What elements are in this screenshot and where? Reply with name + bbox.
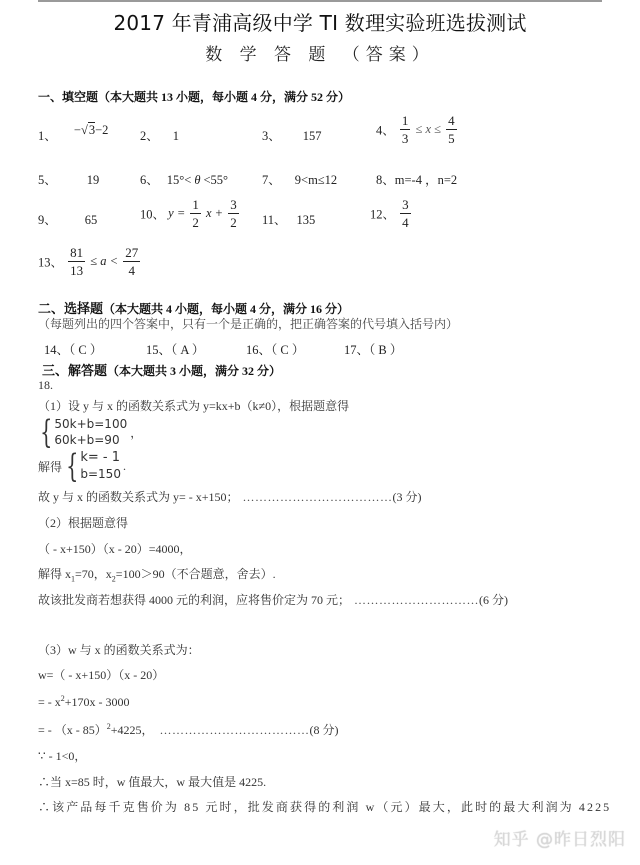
- answer-5: 5、19: [38, 170, 99, 188]
- punctuation: ，: [130, 424, 142, 441]
- answer-num: 12、: [370, 208, 395, 222]
- solution-line: b=150: [80, 466, 121, 482]
- system-lines: 50k+b=100 60k+b=90: [54, 416, 127, 448]
- section-3-heading: 三、解答题（本大题共 3 小题，满分 32 分）: [42, 360, 281, 379]
- answer-15: 15、（ A ）: [146, 340, 204, 358]
- conclusion-text: 故 y 与 x 的函数关系式为 y= - x+150；: [38, 490, 239, 504]
- answer-num: 5、: [38, 173, 57, 187]
- expr-text: +170x - 3000: [65, 695, 130, 709]
- denominator: 3: [402, 130, 409, 145]
- part-3-line-2: = - x2+170x - 3000: [38, 694, 130, 710]
- answer-value: 157: [303, 129, 322, 143]
- solution-line: k= - 1: [80, 450, 121, 466]
- leader-dots: ………………………………: [160, 723, 310, 737]
- top-rule: [38, 0, 602, 2]
- denominator: 4: [128, 262, 135, 277]
- radicand: 3: [88, 122, 95, 137]
- solution-text: =70，x: [75, 567, 112, 581]
- therefore-line-1: ∴当 x=85 时，w 值最大，w 最大值是 4225.: [38, 773, 266, 790]
- leader-dots: ………………………………: [243, 490, 393, 504]
- section-3-note: （本大题共 3 小题，满分 32 分）: [107, 364, 281, 378]
- answer-value: （ C ）: [69, 343, 102, 357]
- answer-num: 3、: [262, 129, 281, 143]
- left-brace-icon: {: [66, 450, 78, 482]
- answer-value: m=-4 ，n=2: [395, 173, 457, 187]
- answer-14: 14、（ C ）: [44, 340, 102, 358]
- answer-value: （ A ）: [171, 343, 204, 357]
- section-1-note: （本大题共 13 小题，每小题 4 分，满分 52 分）: [98, 90, 350, 104]
- watermark: 知乎 @昨日烈阳: [494, 825, 626, 850]
- inequality: ≤ a <: [90, 254, 118, 268]
- answer-num: 9、: [38, 213, 57, 227]
- denominator: 13: [70, 262, 83, 277]
- section-3-title: 三、解答题: [42, 364, 107, 379]
- answer-1: 1、 −√3−2: [38, 126, 108, 144]
- expr-text: = - x: [38, 695, 61, 709]
- leader-dots: …………………………: [354, 593, 479, 607]
- solve-label: 解得: [38, 458, 62, 475]
- fraction: 32: [228, 198, 239, 229]
- answer-right: <55°: [203, 173, 228, 187]
- denominator: 5: [448, 130, 455, 145]
- answer-num: 6、: [140, 173, 159, 187]
- score: (6 分): [479, 593, 508, 607]
- page-title: 2017 年青浦高级中学 TI 数理实验班选拔测试: [0, 7, 640, 36]
- part-3-intro: （3）w 与 x 的函数关系式为：: [38, 641, 200, 658]
- theta: θ: [194, 173, 200, 187]
- numerator: 1: [400, 114, 411, 130]
- answer-value: 135: [297, 213, 316, 227]
- answer-num: 2、: [140, 129, 159, 143]
- lhs: y =: [168, 206, 185, 220]
- equation-system: { 50k+b=100 60k+b=90 ，: [36, 416, 142, 448]
- denominator: 2: [192, 214, 199, 229]
- answer-value: （ B ）: [369, 343, 402, 357]
- answer-13: 13、 8113 ≤ a < 274: [38, 246, 142, 277]
- numerator: 27: [123, 246, 140, 262]
- answer-value: −√3−2: [74, 123, 109, 137]
- part-2-intro: （2）根据题意得: [38, 514, 128, 531]
- answer-7: 7、9<m≤12: [262, 170, 337, 188]
- fraction: 13: [400, 114, 411, 145]
- answer-num: 8、: [376, 173, 395, 187]
- part-3-line-3: = - （x - 85）2+4225，………………………………(8 分): [38, 721, 339, 738]
- fraction: 45: [446, 114, 457, 145]
- answer-6: 6、15°<θ<55°: [140, 170, 228, 188]
- part-2-solution: 解得 x1=70，x2=100＞90（不合题意，舍去）.: [38, 565, 276, 583]
- answer-9: 9、65: [38, 210, 97, 228]
- part-2-conclusion: 故该批发商若想获得 4000 元的利润，应将售价定为 70 元；………………………: [38, 591, 508, 608]
- answer-17: 17、（ B ）: [344, 340, 402, 358]
- answer-2: 2、1: [140, 126, 179, 144]
- answer-10: 10、 y = 12 x + 32: [140, 198, 241, 229]
- numerator: 3: [400, 198, 411, 214]
- sqrt-suffix: −2: [95, 123, 108, 137]
- fraction: 34: [400, 198, 411, 229]
- section-2-instruction: （每题列出的四个答案中，只有一个是正确的，把正确答案的代号填入括号内）: [38, 315, 458, 332]
- left-brace-icon: {: [40, 416, 52, 448]
- answer-16: 16、（ C ）: [246, 340, 304, 358]
- section-2-note: （本大题共 4 小题，每小题 4 分，满分 16 分）: [103, 302, 349, 316]
- equation-line: 60k+b=90: [54, 432, 127, 448]
- numerator: 81: [68, 246, 85, 262]
- therefore-line-2: ∴该产品每千克售价为 85 元时，批发商获得的利润 w（元）最大，此时的最大利润…: [38, 798, 611, 815]
- part-1-intro: （1）设 y 与 x 的函数关系式为 y=kx+b（k≠0），根据题意得: [38, 397, 349, 414]
- answer-value: （ C ）: [271, 343, 304, 357]
- answer-11: 11、135: [262, 210, 315, 228]
- sqrt-expression: √3: [81, 123, 95, 138]
- expr-text: = - （x - 85）: [38, 723, 107, 737]
- answer-num: 4、: [376, 124, 395, 138]
- answer-8: 8、m=-4 ，n=2: [376, 170, 457, 188]
- denominator: 4: [402, 214, 409, 229]
- numerator: 1: [190, 198, 201, 214]
- part-3-line-1: w=（ - x+150）（x - 20）: [38, 666, 164, 683]
- answer-num: 15、: [146, 343, 171, 357]
- part-1-conclusion: 故 y 与 x 的函数关系式为 y= - x+150；………………………………(…: [38, 488, 422, 505]
- score: (3 分): [393, 490, 422, 504]
- inequality: ≤ x ≤: [416, 122, 442, 136]
- answer-value: 19: [87, 173, 100, 187]
- solution-system: 解得 { k= - 1 b=150 .: [38, 450, 126, 482]
- mid-term: x +: [206, 206, 223, 220]
- fraction: 8113: [68, 246, 85, 277]
- question-18-label: 18.: [38, 378, 53, 393]
- answer-value: 65: [85, 213, 98, 227]
- answer-num: 17、: [344, 343, 369, 357]
- brace-system: 解得 { k= - 1 b=150 .: [38, 450, 126, 482]
- section-1-title: 一、填空题: [38, 90, 98, 104]
- brace-system: { 50k+b=100 60k+b=90 ，: [36, 416, 142, 448]
- answer-12: 12、 34: [370, 198, 413, 229]
- answer-num: 7、: [262, 173, 281, 187]
- expr-text: +4225，: [111, 723, 154, 737]
- denominator: 2: [230, 214, 237, 229]
- answer-num: 16、: [246, 343, 271, 357]
- numerator: 3: [228, 198, 239, 214]
- fraction: 12: [190, 198, 201, 229]
- solution-text: =100＞90（不合题意，舍去）.: [116, 567, 276, 581]
- part-2-equation: （ - x+150）（x - 20）=4000，: [38, 540, 192, 557]
- answer-num: 1、: [38, 129, 57, 143]
- conclusion-text: 故该批发商若想获得 4000 元的利润，应将售价定为 70 元；: [38, 593, 350, 607]
- answer-3: 3、157: [262, 126, 322, 144]
- score: (8 分): [310, 723, 339, 737]
- answer-value: 9<m≤12: [295, 173, 337, 187]
- equation-line: 50k+b=100: [54, 416, 127, 432]
- answer-value: 1: [173, 129, 179, 143]
- fraction: 274: [123, 246, 140, 277]
- minus-sign: −: [74, 123, 81, 137]
- answer-left: 15°<: [167, 173, 192, 187]
- answer-num: 14、: [44, 343, 69, 357]
- answer-4: 4、 13 ≤ x ≤ 45: [376, 114, 459, 145]
- answer-num: 13、: [38, 256, 63, 270]
- system-lines: k= - 1 b=150: [80, 450, 121, 482]
- punctuation: .: [123, 459, 126, 474]
- numerator: 4: [446, 114, 457, 130]
- page-subtitle: 数 学 答 题 （答案）: [0, 40, 640, 65]
- section-1-heading: 一、填空题（本大题共 13 小题，每小题 4 分，满分 52 分）: [38, 88, 350, 105]
- answer-num: 11、: [262, 213, 287, 227]
- since-line: ∵ - 1<0，: [38, 747, 86, 764]
- answer-num: 10、: [140, 208, 165, 222]
- solution-text: 解得 x: [38, 567, 71, 581]
